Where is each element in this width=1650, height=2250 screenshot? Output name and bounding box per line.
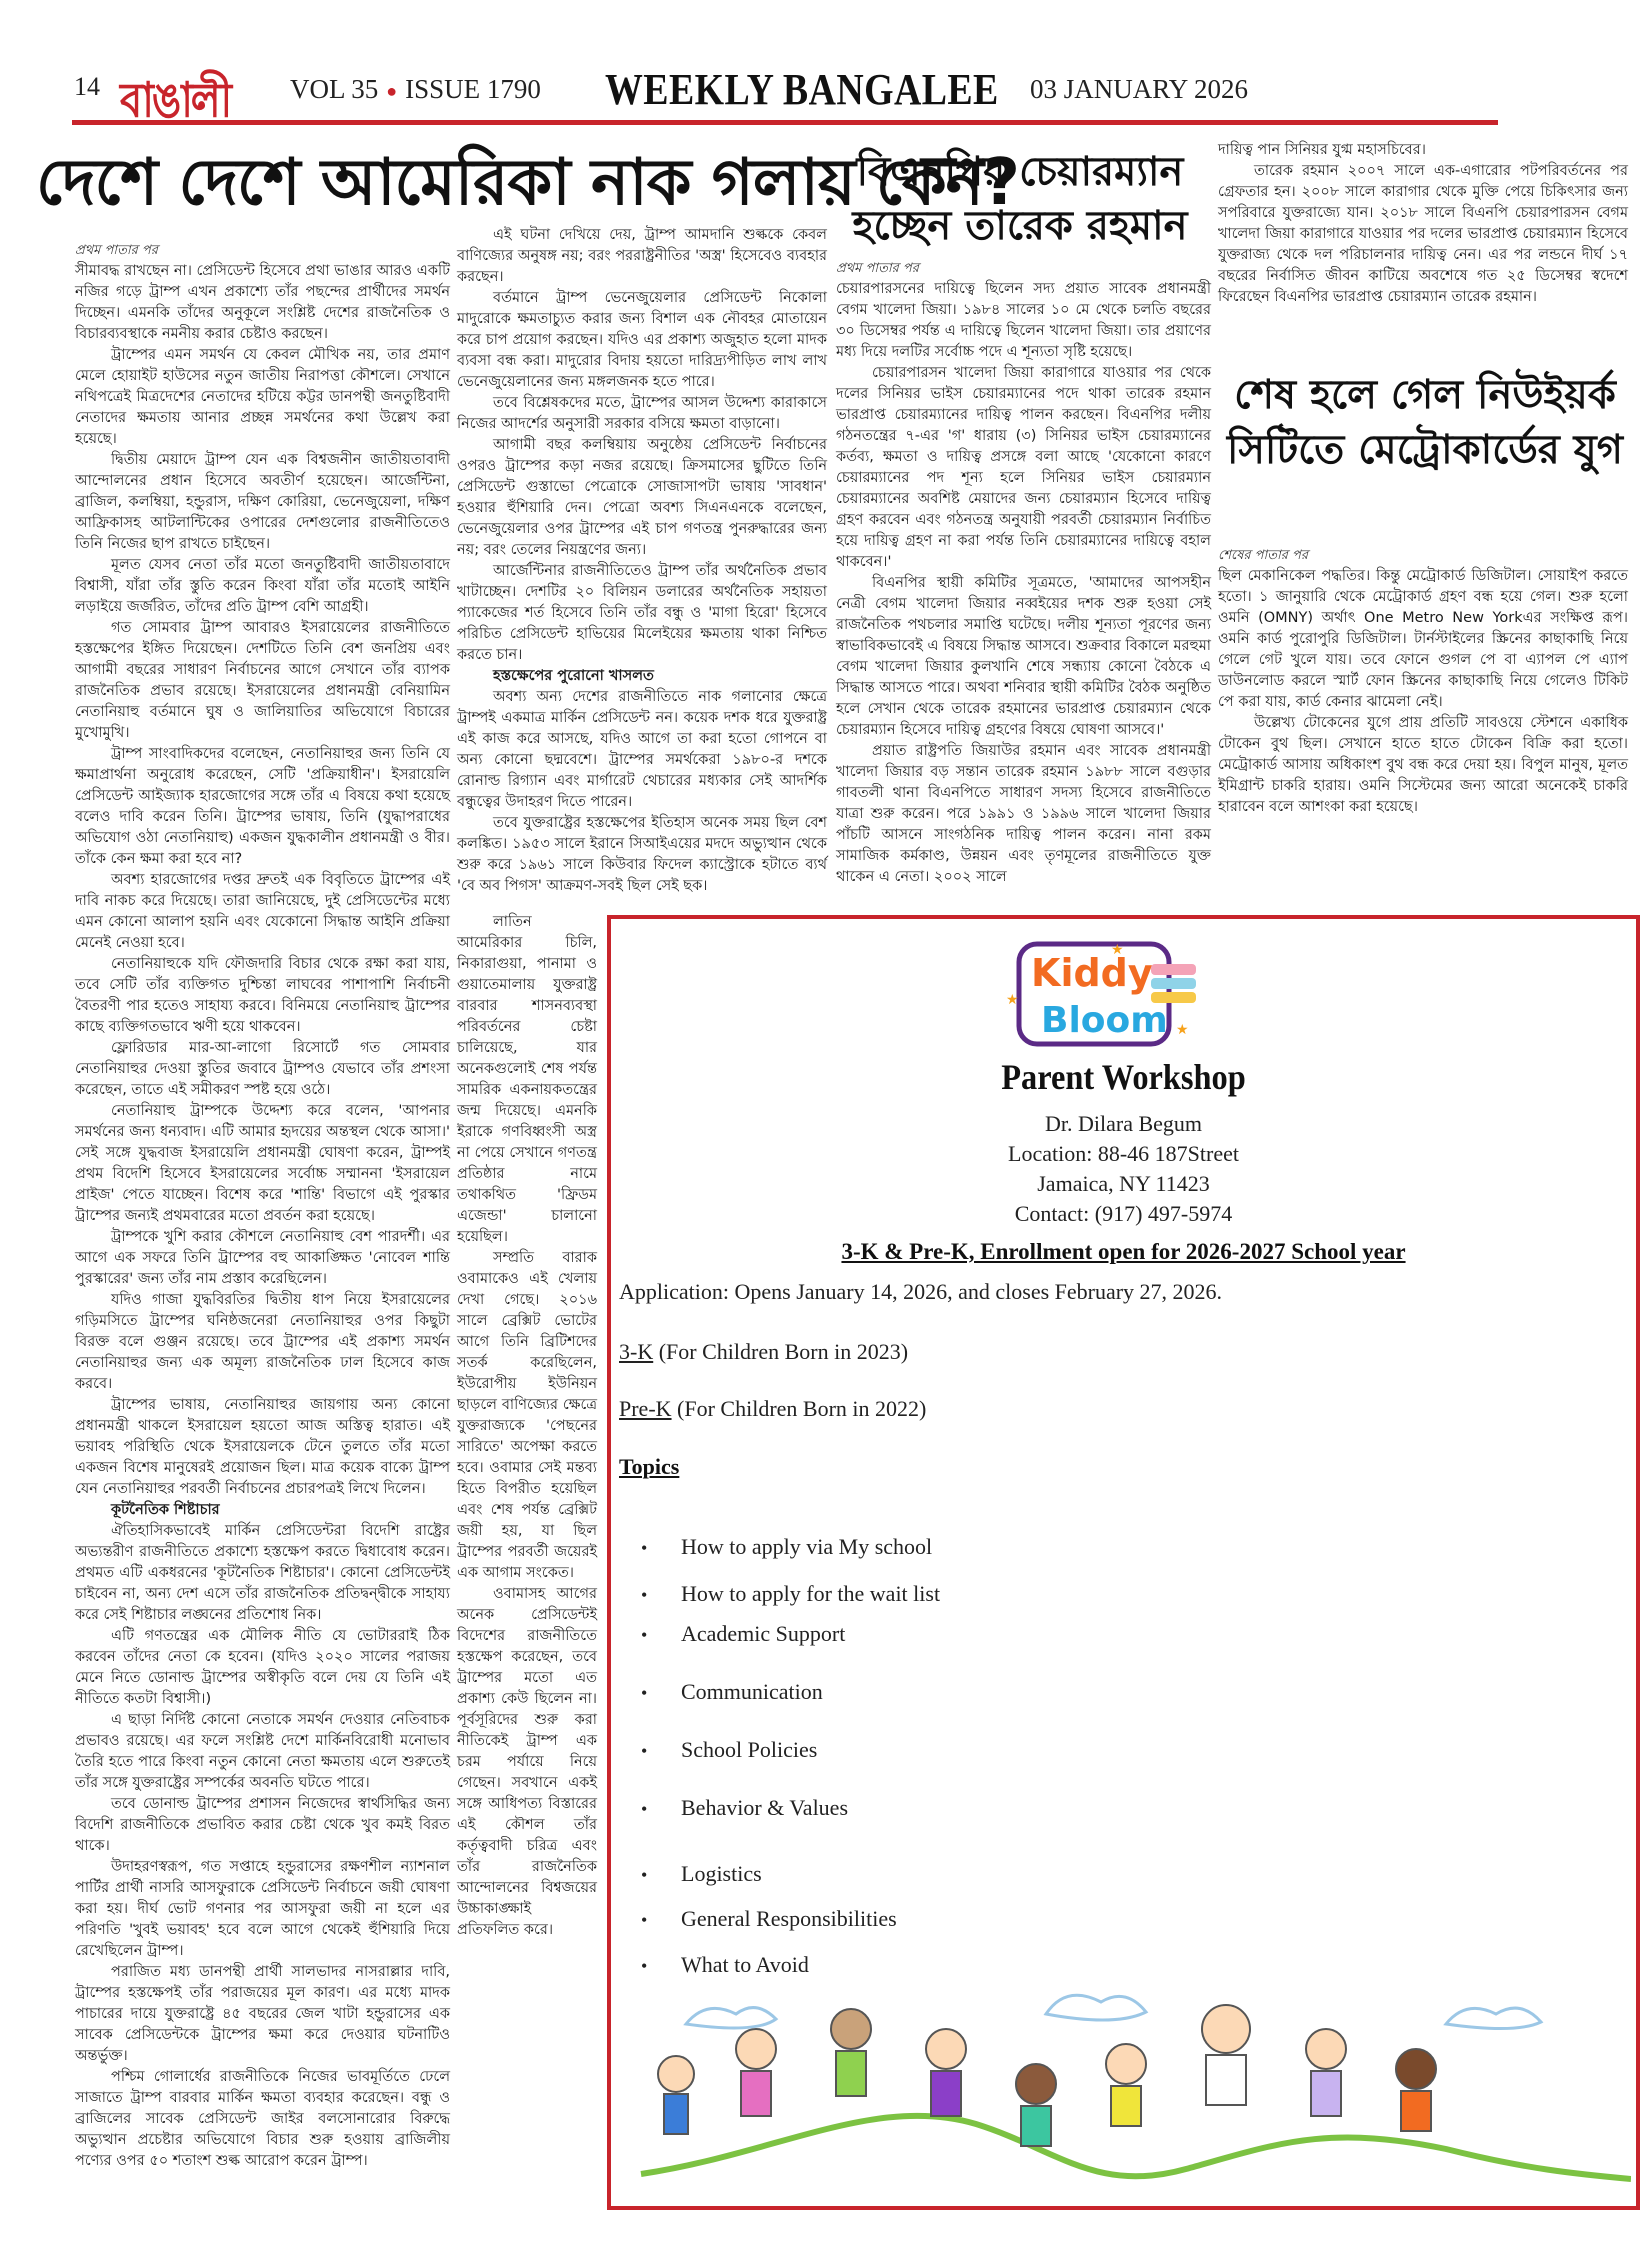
topic-item: •Academic Support	[641, 1621, 845, 1647]
topics-heading: Topics	[619, 1454, 679, 1480]
prek-line: Pre-K (For Children Born in 2022)	[619, 1396, 926, 1422]
city: Jamaica, NY 11423	[611, 1169, 1636, 1199]
prek-note: (For Children Born in 2022)	[672, 1396, 927, 1421]
ad-title: Parent Workshop	[662, 1056, 1585, 1098]
main-article-column-2: এই ঘটনা দেখিয়ে দেয়, ট্রাম্প আমদানি শুল…	[457, 225, 827, 897]
prek-label: Pre-K	[619, 1396, 672, 1421]
paragraph: ট্রাম্পের এমন সমর্থন যে কেবল মৌখিক নয়, …	[75, 345, 450, 450]
newspaper-logo: বাঙালী	[120, 65, 230, 123]
continued-from-kicker: প্রথম পাতার পর	[836, 258, 1211, 279]
topic-item: •School Policies	[641, 1737, 817, 1763]
topic-item: •Communication	[641, 1679, 823, 1705]
paragraph: লাতিন আমেরিকার চিলি, নিকারাগুয়া, পানামা…	[457, 912, 597, 1248]
three-k-label: 3-K	[619, 1339, 653, 1364]
paragraph: দ্বিতীয় মেয়াদে ট্রাম্প যেন এক বিশ্বজনী…	[75, 450, 450, 555]
page-number: 14	[74, 72, 100, 102]
bullet-icon: •	[641, 1865, 681, 1886]
metrocard-article-column: শেষের পাতার পর ছিল মেকানিকেল পদ্ধতির। কি…	[1218, 545, 1628, 818]
application-dates: Application: Opens January 14, 2026, and…	[619, 1279, 1222, 1305]
masthead-divider	[72, 120, 1498, 125]
logo-text: বাঙালী	[120, 62, 230, 142]
paragraph: অবশ্য অন্য দেশের রাজনীতিতে নাক গলানোর ক্…	[457, 687, 827, 813]
paragraph: ছিল মেকানিকেল পদ্ধতির। কিন্তু মেট্রোকার্…	[1218, 566, 1628, 713]
paragraph: এ ছাড়া নির্দিষ্ট কোনো নেতাকে সমর্থন দেও…	[75, 1710, 450, 1794]
bullet-dot-icon: ●	[378, 81, 405, 101]
location: Location: 88-46 187Street	[611, 1139, 1636, 1169]
topic-item: •How to apply via My school	[641, 1534, 932, 1560]
svg-text:★: ★	[1006, 993, 1019, 1008]
paragraph: তবে ডোনাল্ড ট্রাম্পের প্রশাসন নিজেদের স্…	[75, 1794, 450, 1857]
paper-name: WEEKLY BANGALEE	[605, 64, 999, 115]
three-k-note: (For Children Born in 2023)	[653, 1339, 908, 1364]
volume: VOL 35	[290, 74, 378, 104]
paragraph: অবশ্য হারজোগের দপ্তর দ্রুতই এক বিবৃতিতে …	[75, 870, 450, 954]
paragraph: গত সোমবার ট্রাম্প আবারও ইসরায়েলের রাজনী…	[75, 618, 450, 744]
bullet-icon: •	[641, 1585, 681, 1606]
three-k-line: 3-K (For Children Born in 2023)	[619, 1339, 908, 1365]
paragraph: বিএনপির স্থায়ী কমিটির সূত্রমতে, 'আমাদের…	[836, 573, 1211, 741]
volume-issue: VOL 35●ISSUE 1790	[290, 74, 541, 105]
bullet-icon: •	[641, 1799, 681, 1820]
svg-text:Kiddy: Kiddy	[1031, 951, 1153, 995]
issue-date: 03 JANUARY 2026	[1030, 74, 1248, 105]
paragraph: যদিও গাজা যুদ্ধবিরতির দ্বিতীয় ধাপ নিয়ে…	[75, 1290, 450, 1395]
paragraph: এটি গণতন্ত্রের এক মৌলিক নীতি যে ভোটাররাই…	[75, 1626, 450, 1710]
bullet-icon: •	[641, 1625, 681, 1646]
continued-from-kicker: শেষের পাতার পর	[1218, 545, 1628, 566]
paragraph: সীমাবদ্ধ রাখছেন না। প্রেসিডেন্ট হিসেবে প…	[75, 261, 450, 345]
svg-text:★: ★	[1176, 1023, 1189, 1038]
paragraph: এই ঘটনা দেখিয়ে দেয়, ট্রাম্প আমদানি শুল…	[457, 225, 827, 288]
topic-item: •How to apply for the wait list	[641, 1581, 940, 1607]
main-article-column-1: প্রথম পাতার পর সীমাবদ্ধ রাখছেন না। প্রেস…	[75, 240, 450, 2172]
paragraph: চেয়ারপারসনের দায়িত্বে ছিলেন সদ্য প্রয়…	[836, 279, 1211, 363]
topic-item: •Behavior & Values	[641, 1795, 848, 1821]
paragraph: সম্প্রতি বারাক ওবামাকেও এই খেলায় দেখা গ…	[457, 1248, 597, 1584]
svg-text:Bloom: Bloom	[1041, 1000, 1168, 1041]
paragraph: প্রয়াত রাষ্ট্রপতি জিয়াউর রহমান এবং সাব…	[836, 741, 1211, 888]
svg-text:★: ★	[1111, 943, 1124, 958]
paragraph: আর্জেন্টিনার রাজনীতিতেও ট্রাম্প তাঁর অর্…	[457, 561, 827, 666]
bullet-icon: •	[641, 1741, 681, 1762]
paragraph: পশ্চিম গোলার্ধের রাজনীতিকে নিজের ভাবমূর্…	[75, 2067, 450, 2172]
main-article-column-2-narrow: লাতিন আমেরিকার চিলি, নিকারাগুয়া, পানামা…	[457, 912, 597, 1941]
kiddy-bloom-advertisement: Kiddy Bloom ★ ★ ★ Parent Workshop Dr. Di…	[607, 915, 1640, 2210]
paragraph: ট্রাম্পের ভাষায়, নেতানিয়াহুর জায়গায় …	[75, 1395, 450, 1500]
paragraph: আগামী বছর কলম্বিয়ায় অনুষ্ঠেয় প্রেসিডে…	[457, 435, 827, 561]
paragraph: চেয়ারপারসন খালেদা জিয়া কারাগারে যাওয়া…	[836, 363, 1211, 573]
paragraph: ট্রাম্পকে খুশি করার কৌশলে নেতানিয়াহু বে…	[75, 1227, 450, 1290]
section-subhead: হস্তক্ষেপের পুরোনো খাসলত	[457, 666, 827, 687]
masthead: 14 বাঙালী VOL 35●ISSUE 1790 WEEKLY BANGA…	[0, 60, 1650, 140]
presenter-name: Dr. Dilara Begum	[611, 1109, 1636, 1139]
paragraph: তারেক রহমান ২০০৭ সালে এক-এগারোর পটপরিবর্…	[1218, 161, 1628, 308]
ad-contact-block: Dr. Dilara Begum Location: 88-46 187Stre…	[611, 1109, 1636, 1229]
continued-from-kicker: প্রথম পাতার পর	[75, 240, 450, 261]
paragraph: পরাজিত মধ্য ডানপন্থী প্রার্থী সালভাদর না…	[75, 1962, 450, 2067]
contact-phone: Contact: (917) 497-5974	[611, 1199, 1636, 1229]
metrocard-headline: শেষ হলে গেল নিউইয়র্ক সিটিতে মেট্রোকার্ড…	[1225, 368, 1625, 478]
topic-item: •Logistics	[641, 1861, 762, 1887]
enrollment-heading: 3-K & Pre-K, Enrollment open for 2026-20…	[611, 1239, 1636, 1265]
paragraph: উল্লেখ্য টোকেনের যুগে প্রায় প্রতিটি সাব…	[1218, 713, 1628, 818]
paragraph: তবে যুক্তরাষ্ট্রের হস্তক্ষেপের ইতিহাস অন…	[457, 813, 827, 897]
paragraph: ট্রাম্প সাংবাদিকদের বলেছেন, নেতানিয়াহুর…	[75, 744, 450, 870]
section-subhead: কূটনৈতিক শিষ্টাচার	[75, 1500, 450, 1521]
bnp-article-column-2: দায়িত্ব পান সিনিয়র যুগ্ম মহাসচিবের।তার…	[1218, 140, 1628, 308]
bnp-headline: বিএনপির চেয়ারম্যান হচ্ছেন তারেক রহমান	[830, 145, 1210, 253]
paragraph: ফ্লোরিডার মার-আ-লাগো রিসোর্টে গত সোমবার …	[75, 1038, 450, 1101]
paragraph: ঐতিহাসিকভাবেই মার্কিন প্রেসিডেন্টরা বিদে…	[75, 1521, 450, 1626]
issue: ISSUE 1790	[405, 74, 541, 104]
bullet-icon: •	[641, 1683, 681, 1704]
paragraph: বর্তমানে ট্রাম্প ভেনেজুয়েলার প্রেসিডেন্…	[457, 288, 827, 393]
main-headline: দেশে দেশে আমেরিকা নাক গলায় কেন?	[36, 145, 816, 222]
paragraph: উদাহরণস্বরূপ, গত সপ্তাহে হন্ডুরাসের রক্ষ…	[75, 1857, 450, 1962]
paragraph: মূলত যেসব নেতা তাঁর মতো জনতুষ্টিবাদী জাত…	[75, 555, 450, 618]
kiddy-bloom-logo-icon: Kiddy Bloom ★ ★ ★	[1001, 934, 1231, 1049]
bnp-article-column-1: প্রথম পাতার পর চেয়ারপারসনের দায়িত্বে ছ…	[836, 258, 1211, 888]
children-holding-hands-illustration	[626, 1924, 1631, 2204]
paragraph: নেতানিয়াহু ট্রাম্পকে উদ্দেশ্য করে বলেন,…	[75, 1101, 450, 1227]
paragraph: ওবামাসহ আগের অনেক প্রেসিডেন্টই বিদেশের র…	[457, 1584, 597, 1941]
bullet-icon: •	[641, 1538, 681, 1559]
paragraph: নেতানিয়াহুকে যদি ফৌজদারি বিচার থেকে রক্…	[75, 954, 450, 1038]
paragraph: তবে বিশ্লেষকদের মতে, ট্রাম্পের আসল উদ্দে…	[457, 393, 827, 435]
paragraph: দায়িত্ব পান সিনিয়র যুগ্ম মহাসচিবের।	[1218, 140, 1628, 161]
